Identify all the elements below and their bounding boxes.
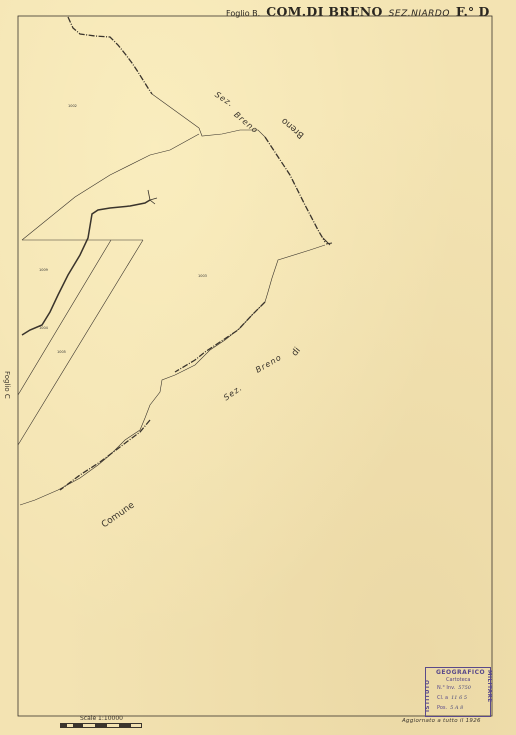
scale-graphic — [60, 723, 142, 728]
stamp-row-pos: Pos.5 A 8 — [437, 705, 463, 711]
stamp-top: GEOGRAFICO — [436, 669, 485, 676]
stamp-left: ISTITUTO — [425, 680, 431, 712]
update-note: Aggiornato a tutto il 1926 — [402, 718, 481, 724]
stamp-right: MILITARE — [486, 670, 492, 703]
parcel-number: 1009 — [39, 268, 48, 272]
stamp-row-inv: N.° Inv.5750 — [437, 685, 471, 691]
parcel-number: 1004 — [39, 326, 48, 330]
boundary-upper-left — [68, 17, 152, 94]
stamp-row-cl: Cl. a11 6 5 — [437, 695, 467, 701]
archive-stamp: GEOGRAFICO ISTITUTO MILITARE Cartoteca N… — [425, 667, 491, 717]
parcel-number: 1005 — [57, 350, 66, 354]
boundary-upper-right — [265, 137, 325, 242]
parcel-number: 1002 — [68, 104, 77, 108]
adjacent-sheet-label: Foglio C — [3, 371, 11, 399]
stamp-subtitle: Cartoteca — [446, 677, 470, 683]
scale-label: Scale 1:10000 — [80, 715, 123, 722]
parcel-number: 1003 — [198, 274, 207, 278]
